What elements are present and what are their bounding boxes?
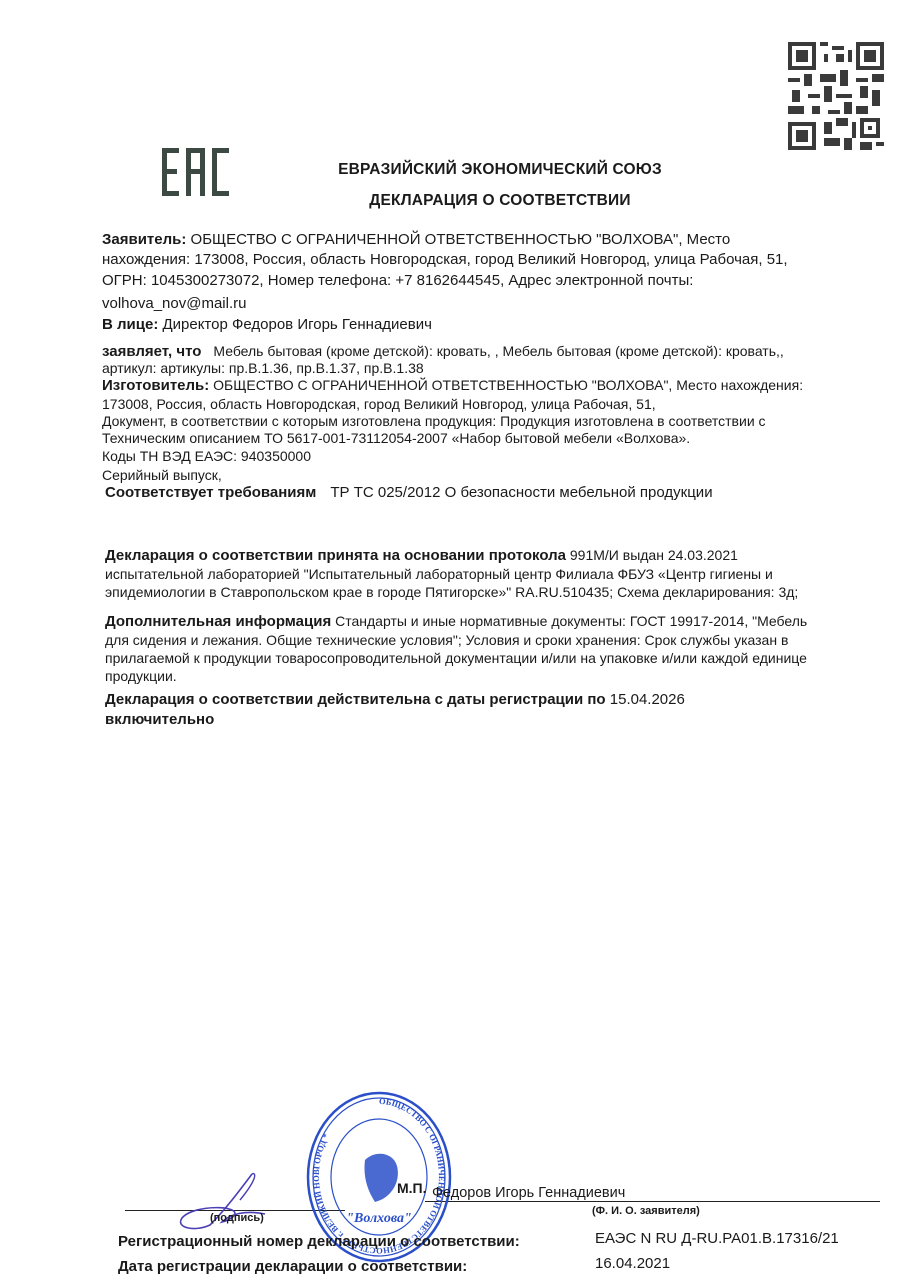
registration-number-value: ЕАЭС N RU Д-RU.PA01.B.17316/21 [595,1229,839,1249]
registration-date-label: Дата регистрации декларации о соответств… [118,1257,467,1277]
applicant-line-1: Заявитель: ОБЩЕСТВО С ОГРАНИЧЕННОЙ ОТВЕТ… [102,230,730,250]
registration-number-label: Регистрационный номер декларации о соотв… [118,1232,520,1252]
manufacturer-line-1: Изготовитель: ОБЩЕСТВО С ОГРАНИЧЕННОЙ ОТ… [102,375,803,396]
basis-line-3: эпидемиологии в Ставропольском крае в го… [105,582,798,602]
signer-name: Федоров Игорь Геннадиевич [432,1183,625,1203]
signer-caption: (Ф. И. О. заявителя) [592,1205,700,1217]
validity-line-2: включительно [105,710,214,730]
manufacturer-tech-line: Техническим описанием ТО 5617-001-731120… [102,428,690,448]
applicant-line-2: нахождения: 173008, Россия, область Новг… [102,250,788,270]
additional-line-1: Дополнительная информация Стандарты и ин… [105,611,807,632]
qr-code-icon [788,42,884,150]
basis-line-1: Декларация о соответствии принята на осн… [105,545,738,566]
applicant-email: volhova_nov@mail.ru [102,294,246,314]
represented-by: В лице: Директор Федоров Игорь Геннадиев… [102,315,432,335]
serial-release: Серийный выпуск, [102,465,222,485]
additional-line-4: продукции. [105,666,177,686]
additional-line-3: прилагаемой к продукции товаросопроводит… [105,648,807,668]
union-title: ЕВРАЗИЙСКИЙ ЭКОНОМИЧЕСКИЙ СОЮЗ [130,161,870,179]
registration-date-value: 16.04.2021 [595,1254,670,1274]
tn-ved-codes: Коды ТН ВЭД ЕАЭС: 940350000 [102,446,311,466]
svg-text:"Волхова": "Волхова" [346,1211,412,1226]
document-title: ДЕКЛАРАЦИЯ О СООТВЕТСТВИИ [130,192,870,210]
additional-line-2: для сидения и лежания. Общие технические… [105,630,788,650]
validity-line-1: Декларация о соответствии действительна … [105,690,685,710]
applicant-line-3: ОГРН: 1045300273072, Номер телефона: +7 … [102,271,693,291]
basis-line-2: испытательной лабораторией "Испытательны… [105,564,773,584]
seal-mark: М.П. [397,1180,427,1196]
signature-caption: (подпись) [210,1212,264,1224]
complies-line: Соответствует требованиямТР ТС 025/2012 … [105,483,713,503]
applicant-label: Заявитель: [102,231,186,248]
